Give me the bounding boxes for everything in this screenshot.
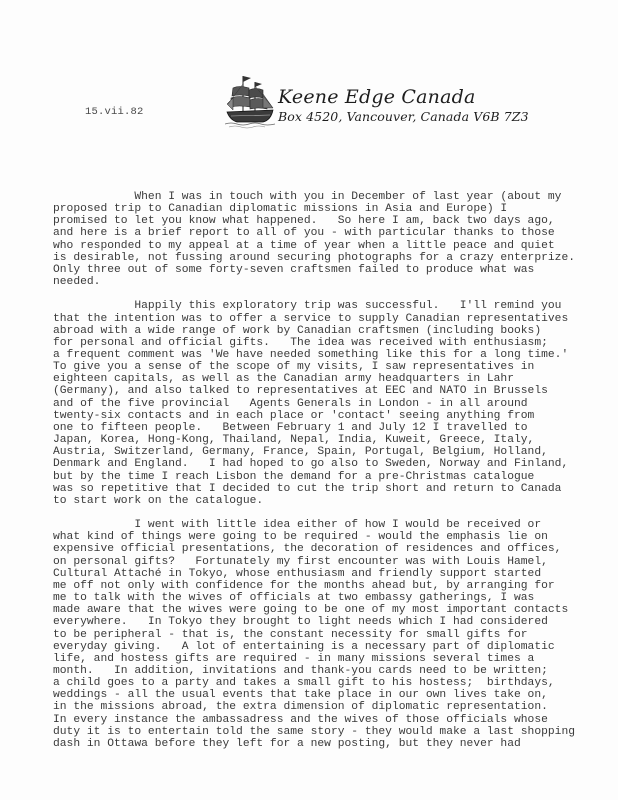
text-line: in the missions abroad, the extra dimens… [53, 701, 613, 713]
sailing-ship-icon [225, 74, 277, 130]
text-line: In every instance the ambassadress and t… [53, 714, 613, 726]
text-line: month. In addition, invitations and than… [53, 665, 613, 677]
letter-date: 15.vii.82 [85, 106, 144, 118]
text-line: expensive official presentations, the de… [53, 543, 613, 555]
text-line: Austria, Switzerland, Germany, France, S… [53, 446, 613, 458]
text-line: weddings - all the usual events that tak… [53, 689, 613, 701]
text-line: twenty-six contacts and in each place or… [53, 410, 613, 422]
text-line: is desirable, not fussing around securin… [53, 252, 613, 264]
text-line: proposed trip to Canadian diplomatic mis… [53, 203, 613, 215]
text-line: me to talk with the wives of officials a… [53, 592, 613, 604]
text-line: and of the five provincial Agents Genera… [53, 398, 613, 410]
text-line: To give you a sense of the scope of my v… [53, 361, 613, 373]
text-line: on personal gifts? Fortunately my first … [53, 556, 613, 568]
text-line: to start work on the catalogue. [53, 495, 613, 507]
company-name: Keene Edge Canada [278, 86, 476, 108]
text-line: me off not only with confidence for the … [53, 580, 613, 592]
text-line: but by the time I reach Lisbon the deman… [53, 471, 613, 483]
text-line: everywhere. In Tokyo they brought to lig… [53, 616, 613, 628]
paragraph: When I was in touch with you in December… [53, 191, 613, 288]
text-line: and here is a brief report to all of you… [53, 227, 613, 239]
text-line: Happily this exploratory trip was succes… [53, 300, 613, 312]
text-line: Japan, Korea, Hong-Kong, Thailand, Nepal… [53, 434, 613, 446]
text-line: what kind of things were going to be req… [53, 531, 613, 543]
text-line: Only three out of some forty-seven craft… [53, 264, 613, 276]
text-line: eighteen capitals, as well as the Canadi… [53, 373, 613, 385]
text-line: (Germany), and also talked to representa… [53, 385, 613, 397]
text-line: made aware that the wives were going to … [53, 604, 613, 616]
text-line: When I was in touch with you in December… [53, 191, 613, 203]
text-line: needed. [53, 276, 613, 288]
text-line: to be peripheral - that is, the constant… [53, 629, 613, 641]
paragraph: Happily this exploratory trip was succes… [53, 300, 613, 507]
letter-body: When I was in touch with you in December… [53, 191, 613, 762]
text-line: Cultural Attaché in Tokyo, whose enthusi… [53, 568, 613, 580]
text-line: for personal and official gifts. The ide… [53, 337, 613, 349]
text-line: one to fifteen people. Between February … [53, 422, 613, 434]
paragraph: I went with little idea either of how I … [53, 519, 613, 750]
text-line: duty it is to entertain told the same st… [53, 726, 613, 738]
company-address: Box 4520, Vancouver, Canada V6B 7Z3 [278, 109, 529, 124]
text-line: a child goes to a party and takes a smal… [53, 677, 613, 689]
text-line: was so repetitive that I decided to cut … [53, 483, 613, 495]
text-line: a frequent comment was 'We have needed s… [53, 349, 613, 361]
text-line: everyday giving. A lot of entertaining i… [53, 641, 613, 653]
text-line: Denmark and England. I had hoped to go a… [53, 458, 613, 470]
text-line: that the intention was to offer a servic… [53, 313, 613, 325]
text-line: life, and hostess gifts are required - i… [53, 653, 613, 665]
text-line: promised to let you know what happened. … [53, 215, 613, 227]
text-line: abroad with a wide range of work by Cana… [53, 325, 613, 337]
text-line: who responded to my appeal at a time of … [53, 240, 613, 252]
text-line: dash in Ottawa before they left for a ne… [53, 738, 613, 750]
letter-page: 15.vii.82 Keene Edge Canada Box [0, 0, 618, 800]
text-line: I went with little idea either of how I … [53, 519, 613, 531]
